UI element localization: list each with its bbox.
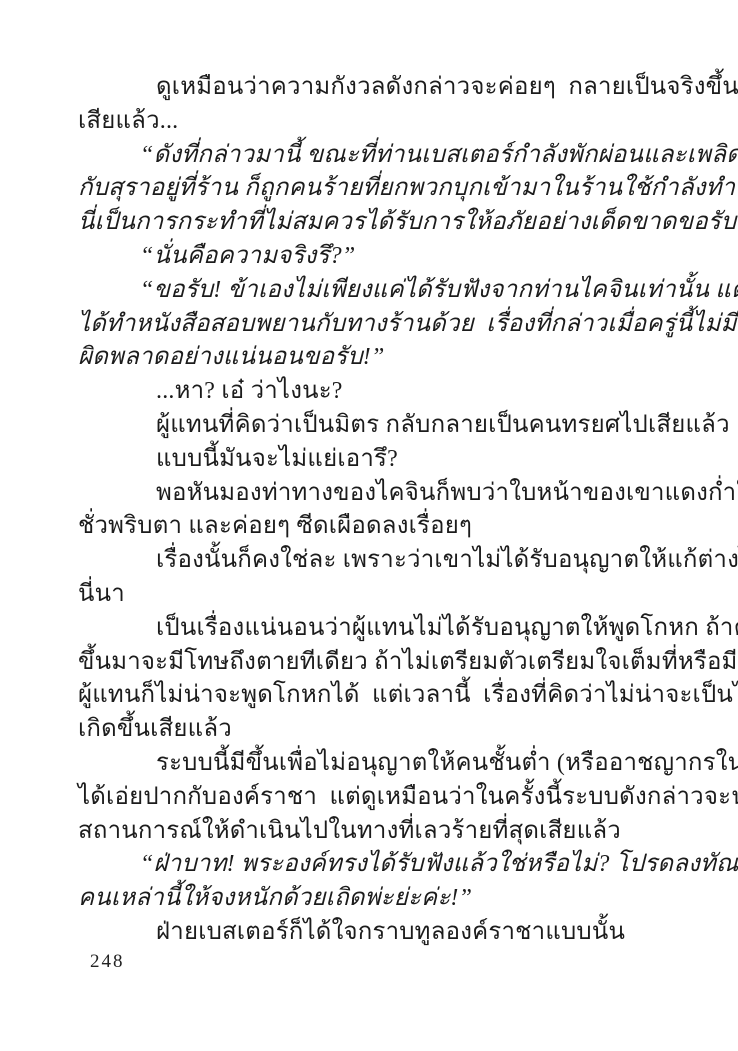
- text-line: ผู้แทนที่คิดว่าเป็นมิตร กลับกลายเป็นคนทร…: [78, 409, 660, 443]
- book-page: ดูเหมือนว่าความกังวลดังกล่าวจะค่อยๆ กลาย…: [0, 0, 738, 1051]
- text-line: ดูเหมือนว่าความกังวลดังกล่าวจะค่อยๆ กลาย…: [78, 71, 660, 105]
- page-text: ดูเหมือนว่าความกังวลดังกล่าวจะค่อยๆ กลาย…: [78, 71, 660, 950]
- text-line: กับสุราอยู่ที่ร้าน ก็ถูกคนร้ายที่ยกพวกบุ…: [78, 172, 660, 206]
- text-line: ระบบนี้มีขึ้นเพื่อไม่อนุญาตให้คนชั้นต่ำ …: [78, 747, 660, 781]
- text-line: ฝ่ายเบสเตอร์ก็ได้ใจกราบทูลองค์ราชาแบบนั้…: [78, 916, 660, 950]
- text-line: ขึ้นมาจะมีโทษถึงตายทีเดียว ถ้าไม่เตรียมต…: [78, 646, 660, 680]
- text-line: สถานการณ์ให้ดำเนินไปในทางที่เลวร้ายที่สุ…: [78, 815, 660, 849]
- text-line: เสียแล้ว...: [78, 105, 660, 139]
- text-line: แบบนี้มันจะไม่แย่เอารึ?: [78, 443, 660, 477]
- text-line: เป็นเรื่องแน่นอนว่าผู้แทนไม่ได้รับอนุญาต…: [78, 612, 660, 646]
- text-line: “นั่นคือความจริงรึ?”: [78, 240, 660, 274]
- text-line: นี่เป็นการกระทำที่ไม่สมควรได้รับการให้อภ…: [78, 206, 660, 240]
- text-line: ผิดพลาดอย่างแน่นอนขอรับ!”: [78, 341, 660, 375]
- text-line: ชั่วพริบตา และค่อยๆ ซีดเผือดลงเรื่อยๆ: [78, 510, 660, 544]
- text-line: พอหันมองท่าทางของไคจินก็พบว่าใบหน้าของเข…: [78, 477, 660, 511]
- text-line: “ดังที่กล่าวมานี้ ขณะที่ท่านเบสเตอร์กำลั…: [78, 139, 660, 173]
- page-number: 248: [90, 951, 125, 973]
- text-line: ...หา? เอ๋ ว่าไงนะ?: [78, 375, 660, 409]
- text-line: ได้ทำหนังสือสอบพยานกับทางร้านด้วย เรื่อง…: [78, 308, 660, 342]
- text-line: เกิดขึ้นเสียแล้ว: [78, 713, 660, 747]
- text-line: นี่นา: [78, 578, 660, 612]
- text-line: คนเหล่านี้ให้จงหนักด้วยเถิดพ่ะย่ะค่ะ!”: [78, 882, 660, 916]
- text-line: “ฝ่าบาท! พระองค์ทรงได้รับฟังแล้วใช่หรือไ…: [78, 848, 660, 882]
- text-line: เรื่องนั้นก็คงใช่ละ เพราะว่าเขาไม่ได้รับ…: [78, 544, 660, 578]
- text-line: ได้เอ่ยปากกับองค์ราชา แต่ดูเหมือนว่าในคร…: [78, 781, 660, 815]
- text-line: “ขอรับ! ข้าเองไม่เพียงแค่ได้รับฟังจากท่า…: [78, 274, 660, 308]
- text-line: ผู้แทนก็ไม่น่าจะพูดโกหกได้ แต่เวลานี้ เร…: [78, 679, 660, 713]
